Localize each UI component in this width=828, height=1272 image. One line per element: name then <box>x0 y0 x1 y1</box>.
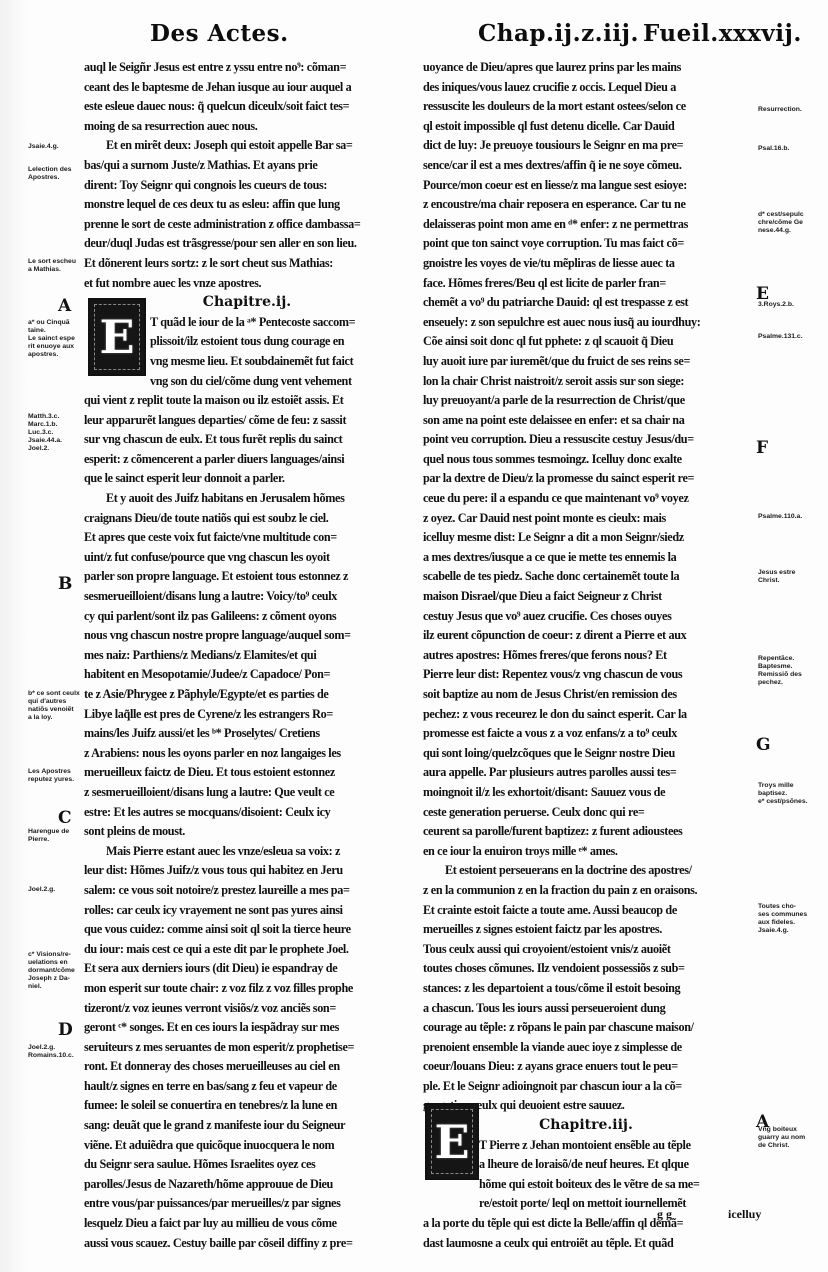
text-line: du Seignr sera saulue. Hõmes Israelites … <box>84 1155 410 1175</box>
text-line: tizeront/z voz ieunes verront visiõs/z v… <box>84 999 410 1019</box>
text-line: Pierre leur dist: Repentez vous/z vng ch… <box>423 665 749 685</box>
text-line: Tous ceulx aussi qui croyoient/estoient … <box>423 940 749 960</box>
text-line: enseuely: z son sepulchre est auec nous … <box>423 313 749 333</box>
running-head-folio: Fueil.xxxvij. <box>643 20 802 47</box>
text-line: cestuy Jesus que vo⁹ auez crucifie. Ces … <box>423 607 749 627</box>
marginal-note: a* ou Cinquã taine. Le sainct espe rit e… <box>28 319 75 359</box>
text-line: dast laumosne a ceulx qui entroiẽt au tẽ… <box>423 1234 749 1254</box>
text-line: point que ton sainct voye corruption. Tu… <box>423 234 749 254</box>
text-line: que vous cuidez: comme ainsi soit ql soi… <box>84 920 410 940</box>
section-letter-marker: A <box>58 296 71 316</box>
section-letter-marker: D <box>58 1020 73 1040</box>
marginal-note: Repentãce. Baptesme. Remissiõ des pechez… <box>758 655 802 687</box>
section-letter-marker: B <box>58 574 72 594</box>
text-line: sang: deuãt que le grand z manifeste iou… <box>84 1116 410 1136</box>
text-line: toutes choses cõmunes. Ilz vendoient pos… <box>423 959 749 979</box>
text-line: delaisseras point mon ame en ᵈ* enfer: z… <box>423 215 749 235</box>
text-line: chemẽt a vo⁹ du patriarche Dauid: ql est… <box>423 293 749 313</box>
text-line: Et dõnerent leurs sortz: z le sort cheut… <box>84 254 410 274</box>
text-line: esperit: z cõmencerent a parler diuers l… <box>84 450 410 470</box>
text-line: z encoustre/ma chair reposera en esperan… <box>423 195 749 215</box>
text-line: quel nous tous sommes tesmoingz. Icelluy… <box>423 450 749 470</box>
text-line: este esleue dauec nous: q̃ quelcun diceu… <box>84 97 410 117</box>
marginal-note: Matth.3.c. Marc.1.b. Luc.3.c. Jsaie.44.a… <box>28 413 62 453</box>
section-letter-marker: C <box>58 808 72 828</box>
section-letter-marker: F <box>756 438 768 458</box>
running-head-chapter: Chap.ij.z.iij. <box>478 20 639 47</box>
text-line: lesquelz Dieu a faict par luy au millieu… <box>84 1214 410 1234</box>
marginal-note: Joel.2.g. Romains.10.c. <box>28 1044 74 1060</box>
text-line: promesse est faicte a vous z a voz enfan… <box>423 724 749 744</box>
text-line: stances: z les departoient a tous/cõme i… <box>423 979 749 999</box>
text-line: en ce iour la enuiron troys mille ᵉ* ame… <box>423 842 749 862</box>
text-line: coeur/louans Dieu: z ayans grace enuers … <box>423 1057 749 1077</box>
text-line: monstre lequel de ces deux tu as esleu: … <box>84 195 410 215</box>
marginal-note: Troys mille baptisez. e* cest/psõnes. <box>758 782 808 806</box>
marginal-note: Lelection des Apostres. <box>28 166 71 182</box>
running-head-left: Des Actes. <box>150 20 289 47</box>
text-line: moingnoit il/z les exhortoit/disant: Sau… <box>423 783 749 803</box>
text-line: sur vng chascun de eulx. Et tous furẽt r… <box>84 430 410 450</box>
text-line: nous vng chascun nostre propre language/… <box>84 626 410 646</box>
text-line: mes naiz: Parthiens/z Medians/z Elamites… <box>84 646 410 666</box>
marginal-note: Les Apostres reputez yures. <box>28 768 74 784</box>
marginal-note: b* ce sont ceulx qui d'autres natiõs ven… <box>28 690 80 722</box>
text-line: mon esperit sur toute chair: z voz filz … <box>84 979 410 999</box>
decorated-initial: E <box>425 1103 479 1180</box>
page-gutter-shadow <box>0 0 28 1272</box>
text-line: Et en mirẽt deux: Joseph qui estoit appe… <box>84 136 410 156</box>
text-line: ql estoit impossible ql fust detenu dice… <box>423 117 749 137</box>
decorated-initial-letter: E <box>434 1115 469 1169</box>
text-line: z en la communion z en la fraction du pa… <box>423 881 749 901</box>
text-line: ple. Et le Seignr adioingnoit par chascu… <box>423 1077 749 1097</box>
text-line: soit baptize au nom de Jesus Christ/en r… <box>423 685 749 705</box>
marginal-note: Harengue de Pierre. <box>28 828 69 844</box>
marginal-note: c* Visions/re- uelations en dormant/cõme… <box>28 951 75 991</box>
text-line: entre vous/par puissances/par merueilles… <box>84 1194 410 1214</box>
text-line: merueilleux faictz de Dieu. Et tous esto… <box>84 763 410 783</box>
text-line: cy qui parlent/sont ilz pas Galileens: z… <box>84 607 410 627</box>
text-line: z Arabiens: nous les oyons parler en noz… <box>84 744 410 764</box>
text-line: auql le Seigñr Jesus est entre z yssu en… <box>84 58 410 78</box>
text-line: qui vient z replit toute la maison ou il… <box>84 391 410 411</box>
text-line: ilz eurent cõpunction de coeur: z dirent… <box>423 626 749 646</box>
text-line: moing de sa resurrection auec nous. <box>84 117 410 137</box>
text-line: aussi vous scauez. Cestuy baille par cõs… <box>84 1234 410 1254</box>
section-letter-marker: G <box>756 735 771 755</box>
text-line: face. Hõmes freres/Beu ql est licite de … <box>423 274 749 294</box>
text-line: icelluy mesme dist: Le Seignr a dit a mo… <box>423 528 749 548</box>
text-line: a chascun. Tous les iours aussi perseuer… <box>423 999 749 1019</box>
text-line: des iniques/vous lauez crucifie z occis.… <box>423 78 749 98</box>
text-line: Et y auoit des Juifz habitans en Jerusal… <box>84 489 410 509</box>
text-line: maison Disrael/que Dieu a faict Seigneur… <box>423 587 749 607</box>
text-line: habitent en Mesopotamie/Judee/z Capadoce… <box>84 665 410 685</box>
text-line: gnoistre les voyes de vie/tu mẽpliras de… <box>423 254 749 274</box>
book-page: Des Actes. Chap.ij.z.iij. Fueil.xxxvij. … <box>0 0 828 1272</box>
text-line: pechez: z vous receurez le don du sainct… <box>423 705 749 725</box>
text-line: Et apres que ceste voix fut faicte/vne m… <box>84 528 410 548</box>
text-line: ceant des le baptesme de Jehan iusque au… <box>84 78 410 98</box>
text-line: ressuscite les douleurs de la mort estan… <box>423 97 749 117</box>
text-line: Mais Pierre estant auec les vnze/esleua … <box>84 842 410 862</box>
text-line: ront. Et donneray des choses merueilleus… <box>84 1057 410 1077</box>
marginal-note: Psalme.131.c. <box>758 333 803 341</box>
text-line: deur/duql Judas est trãsgresse/pour sen … <box>84 234 410 254</box>
text-line: Libye laq̃lle est pres de Cyrene/z les e… <box>84 705 410 725</box>
text-column-right: uoyance de Dieu/apres que laurez prins p… <box>423 58 749 1253</box>
text-line: sence/car il est a mes dextres/affin q̃ … <box>423 156 749 176</box>
marginal-note: Toutes cho- ses communes aux fideles. Js… <box>758 903 807 935</box>
text-line: salem: ce vous soit notoire/z prestez la… <box>84 881 410 901</box>
text-line: craignans Dieu/de toute natiõs qui est s… <box>84 509 410 529</box>
text-line: ceue du pere: il a espandu ce que mainte… <box>423 489 749 509</box>
text-line: mains/les Juifz aussi/et les ᵇ* Proselyt… <box>84 724 410 744</box>
text-line: parolles/Jesus de Nazareth/hõme approuue… <box>84 1175 410 1195</box>
text-line: leur dist: Hõmes Juifz/z vous tous qui h… <box>84 861 410 881</box>
text-line: Cõe ainsi soit donc ql fut pphete: z ql … <box>423 332 749 352</box>
text-line: te z Asie/Phrygee z Pãphyle/Egypte/et es… <box>84 685 410 705</box>
text-line: ceurent sa parolle/furent baptizez: z fu… <box>423 822 749 842</box>
text-line: autres apostres: Hõmes freres/que ferons… <box>423 646 749 666</box>
text-line: hault/z signes en terre en bas/sang z fe… <box>84 1077 410 1097</box>
text-line: point veu corruption. Dieu a ressuscite … <box>423 430 749 450</box>
text-line: seruiteurs z mes seruantes de mon esperi… <box>84 1038 410 1058</box>
text-line: z oyez. Car Dauid nest point monte es ci… <box>423 509 749 529</box>
text-line: luy auoit iure par iuremẽt/que du fruict… <box>423 352 749 372</box>
catchword: icelluy <box>728 1207 761 1222</box>
marginal-note: Psal.16.b. <box>758 145 789 153</box>
decorated-initial-letter: E <box>99 310 134 364</box>
text-line: bas/qui a surnom Juste/z Mathias. Et aya… <box>84 156 410 176</box>
text-line: sont pleins de moust. <box>84 822 410 842</box>
text-line: estre: Et les autres se mocquans/disoien… <box>84 803 410 823</box>
text-line: par la dextre de Dieu/z la promesse du s… <box>423 469 749 489</box>
marginal-note: Jesus estre Christ. <box>758 569 795 585</box>
marginal-note: Resurrection. <box>758 106 802 114</box>
text-line: dirent: Toy Seignr qui congnois les cueu… <box>84 176 410 196</box>
text-line: scabelle de tes piedz. Sache donc certai… <box>423 567 749 587</box>
text-line: lon la chair Christ naistroit/z seroit a… <box>423 372 749 392</box>
text-line: qui sont loing/quelzcõques que le Seignr… <box>423 744 749 764</box>
text-line: son ame na point este delaissee en enfer… <box>423 411 749 431</box>
text-line: Et sera aux derniers iours (dit Dieu) ie… <box>84 959 410 979</box>
text-line: viẽne. Et aduiẽdra que quicõque inuocque… <box>84 1136 410 1156</box>
marginal-note: Vng boiteux guarry au nom de Christ. <box>758 1126 805 1150</box>
text-line: du iour: mais cest ce qui a este dit par… <box>84 940 410 960</box>
text-line: Et estoient perseuerans en la doctrine d… <box>423 861 749 881</box>
text-line: leur apparurẽt langues departies/ cõme d… <box>84 411 410 431</box>
text-line: rolles: car ceulx icy vrayement ne sont … <box>84 901 410 921</box>
text-line: et fut nombre auec les vnze apostres. <box>84 274 410 294</box>
text-line: courage au tẽple: z rõpans le pain par c… <box>423 1018 749 1038</box>
marginal-note: Joel.2.g. <box>28 886 55 894</box>
text-line: que le sainct esperit leur donnoit a par… <box>84 469 410 489</box>
marginal-note: 3.Roys.2.b. <box>758 301 794 309</box>
text-line: dict de luy: Je preuoye tousiours le Sei… <box>423 136 749 156</box>
text-line: parler son propre language. Et estoient … <box>84 567 410 587</box>
text-line: uoyance de Dieu/apres que laurez prins p… <box>423 58 749 78</box>
text-line: a mes dextres/iusque a ce que ie mette t… <box>423 548 749 568</box>
marginal-note: Le sort escheu a Mathias. <box>28 258 76 274</box>
text-line: uint/z fut confuse/pource que vng chascu… <box>84 548 410 568</box>
text-line: luy preuoyant/a parle de la resurrection… <box>423 391 749 411</box>
signature-mark: g g <box>657 1207 672 1222</box>
text-line: sesmerueilloient/disans lung a lautre: V… <box>84 587 410 607</box>
decorated-initial: E <box>88 298 146 376</box>
text-column-left: auql le Seigñr Jesus est entre z yssu en… <box>84 58 410 1253</box>
text-line: Et crainte estoit faicte a toute ame. Au… <box>423 901 749 921</box>
text-line: aura appelle. Par plusieurs autres parol… <box>423 763 749 783</box>
marginal-note: d* cest/sepulc chre/cõme Ge nese.44.g. <box>758 211 804 235</box>
text-line: re/estoit porte/ leql on mettoit iournel… <box>423 1194 749 1214</box>
text-line: geront ᶜ* songes. Et en ces iours la ies… <box>84 1018 410 1038</box>
text-line: prenne le sort de ceste administration z… <box>84 215 410 235</box>
marginal-note: Jsaie.4.g. <box>28 143 59 151</box>
text-line: z sesmerueilloient/disans lung a lautre:… <box>84 783 410 803</box>
text-line: prenoient ensemble la viande auec ioye z… <box>423 1038 749 1058</box>
text-line: merueilles z signes estoient faictz par … <box>423 920 749 940</box>
text-line: Pource/mon coeur est en liesse/z ma lang… <box>423 176 749 196</box>
text-line: a la porte du tẽple qui est dicte la Bel… <box>423 1214 749 1234</box>
marginal-note: Psalme.110.a. <box>758 513 802 521</box>
text-line: fumee: le soleil se conuertira en tenebr… <box>84 1096 410 1116</box>
text-line: ceste generation peruerse. Ceulx donc qu… <box>423 803 749 823</box>
